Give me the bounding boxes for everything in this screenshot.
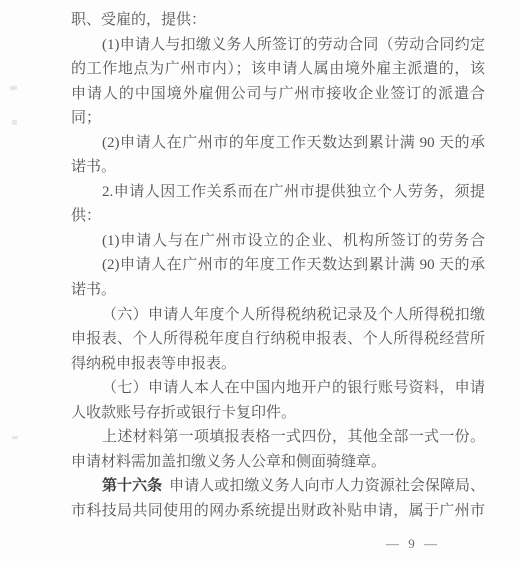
document-line: 诺书。 <box>71 278 485 303</box>
document-line: 人收款账号存折或银行卡复印件。 <box>71 401 485 426</box>
document-line: (1)申请人与扣缴义务人所签订的劳动合同（劳动合同约定 <box>71 33 485 58</box>
document-line: 申请人的中国境外雇佣公司与广州市接收企业签订的派遣合 <box>71 82 485 107</box>
document-line: 的工作地点为广州市内）；该申请人属由境外雇主派遣的，该 <box>71 57 485 82</box>
line-text: 申请人或扣缴义务人向市人力资源社会保障局、 <box>169 478 485 494</box>
document-line: 申报表、个人所得税年度自行纳税申报表、个人所得税经营所 <box>71 327 485 352</box>
document-line: 同； <box>71 106 485 131</box>
document-line: 2.申请人因工作关系而在广州市提供独立个人劳务，须提 <box>71 180 485 205</box>
document-line: (2)申请人在广州市的年度工作天数达到累计满 90 天的承 <box>71 253 485 278</box>
page-number: — 9 — <box>386 536 440 551</box>
document-line: 上述材料第一项填报表格一式四份，其他全部一式一份。 <box>71 425 485 450</box>
document-line: （七）申请人本人在中国内地开户的银行账号资料，申请 <box>71 376 485 401</box>
document-line: (1)申请人与在广州市设立的企业、机构所签订的劳务合同； <box>71 229 485 254</box>
scan-artifact <box>12 436 18 440</box>
document-line: （六）申请人年度个人所得税纳税记录及个人所得税扣缴 <box>71 303 485 328</box>
scan-artifact <box>10 86 17 91</box>
document-line: 职、受雇的，提供： <box>71 8 485 33</box>
document-line: 市科技局共同使用的网办系统提出财政补贴申请，属于广州市 <box>71 499 485 524</box>
document-line: 第十六条申请人或扣缴义务人向市人力资源社会保障局、 <box>71 474 485 499</box>
document-line: (2)申请人在广州市的年度工作天数达到累计满 90 天的承 <box>71 131 485 156</box>
article-number: 第十六条 <box>102 478 162 494</box>
document-line: 申请材料需加盖扣缴义务人公章和侧面骑缝章。 <box>71 450 485 475</box>
document-body: 职、受雇的，提供：(1)申请人与扣缴义务人所签订的劳动合同（劳动合同约定的工作地… <box>71 8 485 523</box>
document-line: 得纳税申报表等申报表。 <box>71 352 485 377</box>
scan-artifact <box>12 120 17 125</box>
document-line: 供： <box>71 204 485 229</box>
document-page: 职、受雇的，提供：(1)申请人与扣缴义务人所签订的劳动合同（劳动合同约定的工作地… <box>0 0 520 561</box>
document-line: 诺书。 <box>71 155 485 180</box>
